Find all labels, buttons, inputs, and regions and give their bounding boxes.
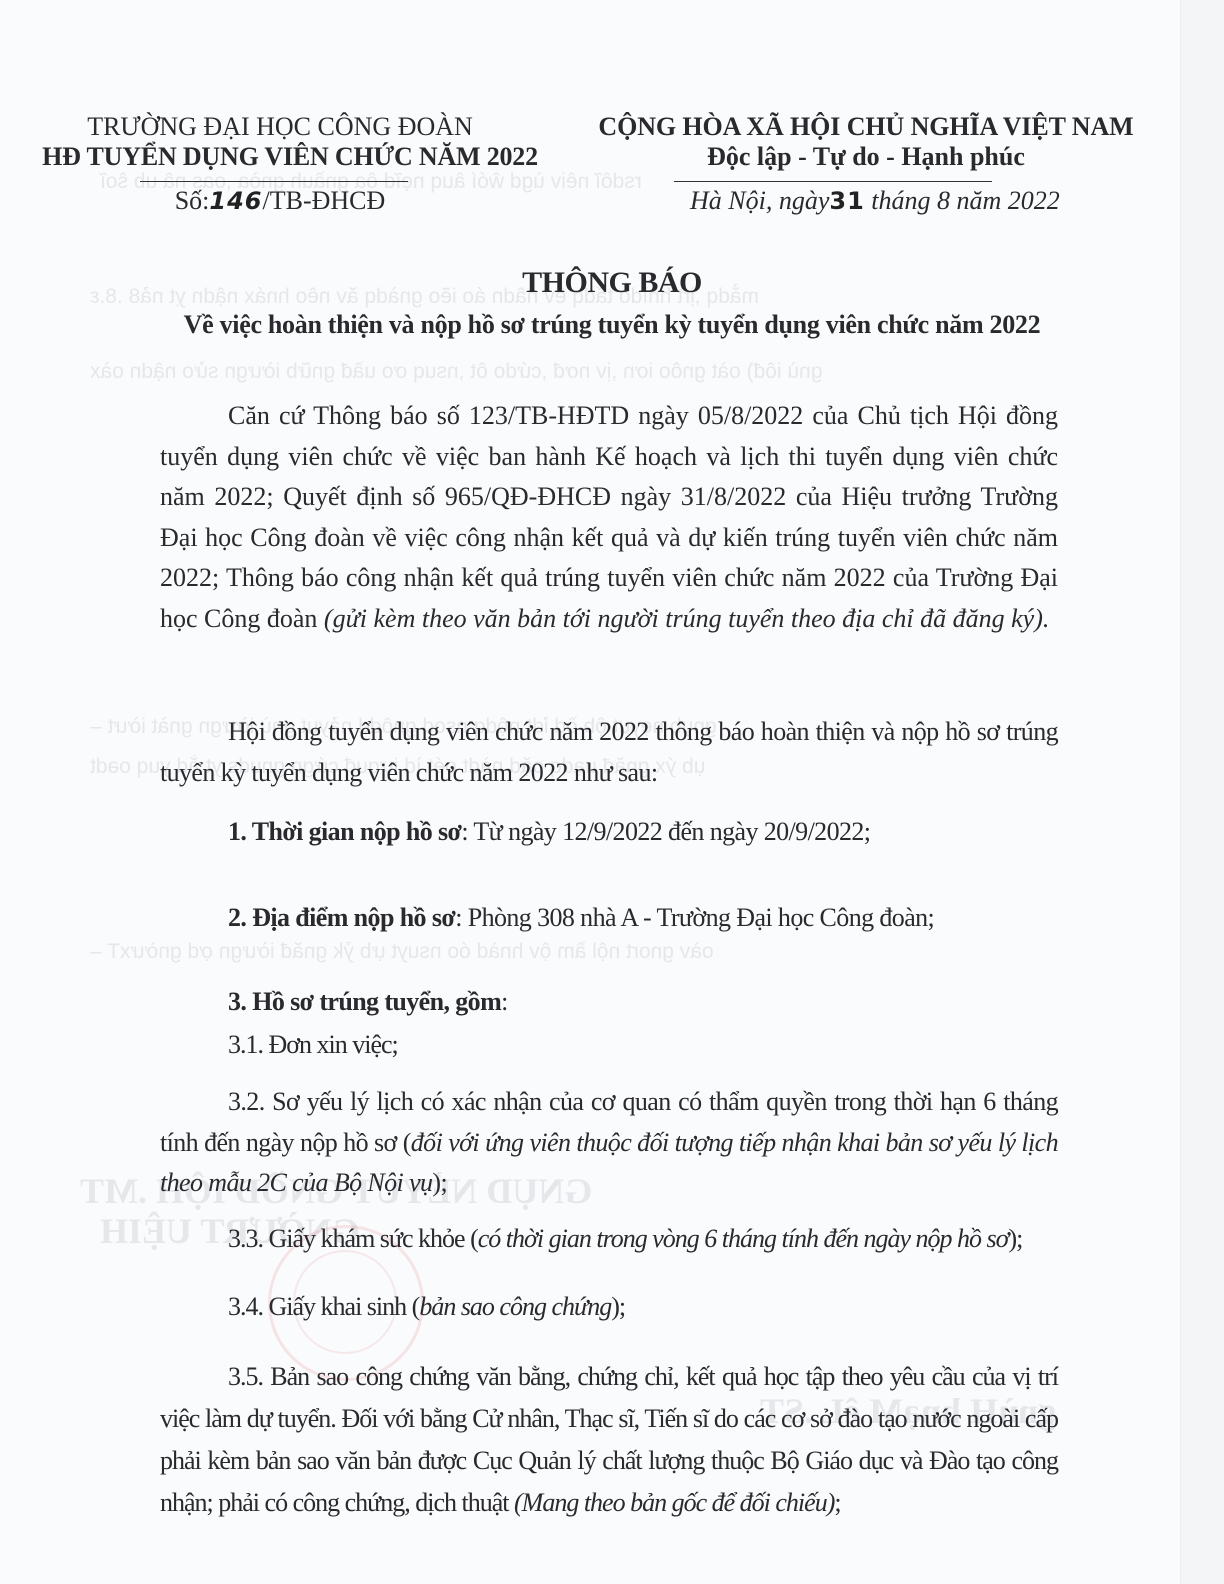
document-page: rsdôĩ nêiv ùgd ŵóí âuq nẹĩd ôa gnầuh gnò…: [0, 0, 1181, 1584]
dossier-item-tail: );: [611, 1292, 625, 1321]
notice-title: THÔNG BÁO: [0, 266, 1224, 300]
dossier-item: 3.5. Bản sao công chứng văn bằng, chứng …: [160, 1356, 1058, 1524]
dossier-item: 3.4. Giấy khai sinh (bản sao công chứng)…: [228, 1292, 625, 1322]
dossier-item-text: 3.1. Đơn xin việc;: [228, 1030, 398, 1059]
section-2-value: : Phòng 308 nhà A - Trường Đại học Công …: [455, 903, 934, 932]
bleed-through-text: gnù iôđ) oàt gnôo iơn ,ịv nơđ ,cứdo ôt ,…: [90, 360, 822, 384]
dossier-item-tail: ;: [834, 1488, 840, 1517]
bleed-through-text: oàv gnort nộl ầm ộv hnàd óo nsuyt ựb ỷk …: [90, 940, 714, 964]
dossier-item-italic: bản sao công chứng: [419, 1292, 611, 1321]
section-1-label: 1. Thời gian nộp hồ sơ: [228, 817, 461, 846]
dossier-item-text: 3.3. Giấy khám sức khỏe (: [228, 1224, 478, 1253]
header-right-rule: [674, 181, 992, 182]
dossier-item: 3.1. Đơn xin việc;: [228, 1030, 398, 1060]
dossier-item: 3.2. Sơ yếu lý lịch có xác nhận của cơ q…: [160, 1082, 1058, 1204]
national-title: CỘNG HÒA XÃ HỘI CHỦ NGHĨA VIỆT NAM: [596, 112, 1136, 142]
org-name: TRƯỜNG ĐẠI HỌC CÔNG ĐOÀN: [0, 112, 560, 142]
section-1-value: : Từ ngày 12/9/2022 đến ngày 20/9/2022;: [461, 817, 870, 846]
national-motto: Độc lập - Tự do - Hạnh phúc: [596, 142, 1136, 172]
section-submission-place: 2. Địa điểm nộp hồ sơ: Phòng 308 nhà A -…: [228, 903, 934, 933]
dossier-item-italic: (Mang theo bản gốc để đối chiếu): [514, 1488, 834, 1517]
notice-subtitle: Về việc hoàn thiện và nộp hồ sơ trúng tu…: [0, 310, 1224, 340]
preamble-italic-note: (gửi kèm theo văn bản tới người trúng tu…: [324, 604, 1049, 633]
council-name: HĐ TUYỂN DỤNG VIÊN CHỨC NĂM 2022: [20, 142, 560, 172]
header-left-rule: [140, 181, 408, 182]
dossier-item-italic: có thời gian trong vòng 6 tháng tính đến…: [478, 1224, 1009, 1253]
preamble-paragraph: Căn cứ Thông báo số 123/TB-HĐTD ngày 05/…: [160, 396, 1058, 639]
doc-number-handwritten: 146: [209, 187, 262, 215]
date-suffix: tháng 8 năm 2022: [871, 186, 1060, 215]
intro-paragraph: Hội đồng tuyển dụng viên chức năm 2022 t…: [160, 712, 1058, 793]
dossier-item-text: 3.4. Giấy khai sinh (: [228, 1292, 419, 1321]
preamble-text: Căn cứ Thông báo số 123/TB-HĐTD ngày 05/…: [160, 401, 1058, 633]
date-day-handwritten: 31: [829, 187, 864, 215]
doc-number-prefix: Số:: [175, 186, 210, 215]
section-dossier-contents: 3. Hồ sơ trúng tuyển, gồm:: [228, 987, 508, 1017]
document-date: Hà Nội, ngày31 tháng 8 năm 2022: [690, 186, 1060, 216]
dossier-item-tail: );: [1009, 1224, 1023, 1253]
date-prefix: Hà Nội, ngày: [690, 186, 829, 215]
dossier-item: 3.3. Giấy khám sức khỏe (có thời gian tr…: [228, 1224, 1022, 1254]
section-submission-time: 1. Thời gian nộp hồ sơ: Từ ngày 12/9/202…: [228, 817, 870, 847]
section-2-label: 2. Địa điểm nộp hồ sơ: [228, 903, 455, 932]
dossier-item-tail: );: [432, 1168, 447, 1197]
document-number: Số:146/TB-ĐHCĐ: [0, 186, 560, 216]
section-3-value: :: [501, 987, 508, 1016]
section-3-label: 3. Hồ sơ trúng tuyển, gồm: [228, 987, 501, 1016]
doc-number-suffix: /TB-ĐHCĐ: [263, 186, 386, 215]
